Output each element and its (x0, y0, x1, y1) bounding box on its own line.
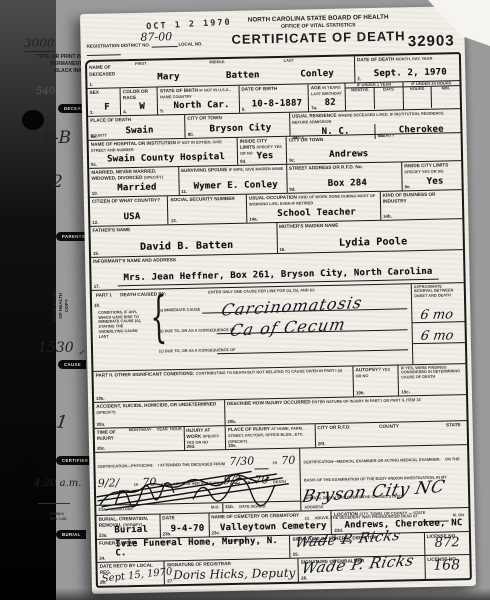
signature-label: SIGNATURE (110, 507, 133, 512)
item-no: 23a. (99, 533, 108, 538)
field-sex: SEX F 3. (88, 88, 121, 116)
field-funeral-home: FUNERAL HOME NAME ADDRESS Ivie Funeral H… (97, 536, 290, 562)
item-no: 7a. (311, 105, 317, 110)
field-burial-date: DATE 9-4-70 23b. (159, 514, 208, 538)
item-no: 19a. (96, 396, 105, 401)
me-cert-title: CERTIFICATION—MEDICAL EXAMINER OR ACTING… (303, 457, 440, 465)
field-state-of-birth: STATE OF BIRTH IF NOT IN U.S.A., NAME CO… (157, 86, 239, 115)
item-no: 20d. (187, 444, 196, 449)
ssn-value (177, 220, 244, 221)
field-certification-physician: CERTIFICATION—PHYSICIAN: I ATTENDED THE … (95, 449, 300, 515)
form-title: CERTIFICATE OF DEATH (228, 28, 408, 48)
informant-value: Mrs. Jean Heffner, Box 261, Bryson City,… (117, 267, 438, 287)
field-other-significant-conditions: PART II. OTHER SIGNIFICANT CONDITIONS: C… (93, 366, 353, 401)
marital-label-2: WIDOWED, DIVORCED (91, 175, 142, 181)
street-value: Box 284 (295, 178, 400, 189)
item-no: 14b. (383, 214, 392, 219)
field-under-24-hours: IF UNDER 24 HOURS HOURS MIN. (402, 81, 460, 109)
margin-note-1: 1 (55, 411, 69, 433)
field-interval: APPROXIMATE INTERVAL BETWEEN ONSET AND D… (411, 283, 466, 364)
field-place-of-death-county: PLACE OF DEATH COUNTY Swain 8a. (88, 115, 185, 140)
field-registrar-signature: SIGNATURE OF REGISTRAR Doris Hicks, Depu… (164, 559, 298, 585)
attended-to-year: 70 (142, 476, 156, 489)
attended-from-year: 70 (281, 454, 295, 467)
field-time-of-injury: TIME OF INJURY MONTH DAY YEAR HOUR 20c. (95, 427, 184, 452)
citizen-value: USA (98, 212, 166, 222)
middle-name-col: MIDDLE Batten (205, 58, 280, 86)
field-age: AGE IN YEARS LAST BIRTHDAY 82 7a. (308, 84, 346, 112)
burial-value: Burial (105, 526, 158, 536)
copy-designation: STATE BOARD OF HEALTH COPY (52, 290, 70, 323)
field-place-of-injury: PLACE OF INJURY AT HOME, FARM, STREET, F… (225, 424, 315, 449)
item-no: 16. (279, 247, 285, 252)
inside-city-value: Yes (246, 152, 284, 162)
res-city-value: Andrews (295, 148, 459, 160)
item-no: 25. (293, 552, 299, 557)
tab-burial: BURIAL (56, 530, 86, 539)
item-no: 1. (89, 82, 93, 87)
last-name-col: LAST Conley (280, 56, 355, 84)
citizen-label: CITIZEN OF WHAT COUNTRY? (90, 196, 168, 204)
marital-value: Married (98, 183, 177, 194)
scanned-death-certificate: 3000 TYPE, OR PRINT IN PERMANENT BLACK I… (0, 0, 490, 600)
location-sublabel: CITY, TOWN, OR COUNTY — STATE (359, 510, 425, 516)
pod-county-value: Swain (96, 126, 182, 137)
registrar-signature: Doris Hicks, Deputy (173, 567, 295, 582)
first-header: FIRST (135, 62, 147, 66)
month-header: MONTH (129, 428, 144, 441)
field-date-of-birth: DATE OF BIRTH 10-8-1887 6. (238, 84, 308, 112)
how-injury-label: DESCRIBE HOW INJURY OCCURRED (227, 399, 311, 406)
certificate-number: 32903 (408, 32, 455, 50)
certificate-form: NAME OF DECEASED FIRST Mary MIDDLE Batte… (85, 52, 472, 588)
age-value: 82 (317, 99, 343, 109)
last-saw-alive-text: AND LAST SAW HER ALIVE ON (161, 480, 219, 486)
interval-label: APPROXIMATE INTERVAL BETWEEN ONSET AND D… (412, 283, 464, 300)
certificate-page: OCT 1 2 1970 REGISTRATION DISTRICT NO. 8… (80, 6, 476, 594)
item-no: 12. (92, 220, 98, 225)
year-19-prefix: 19 (246, 480, 250, 485)
item-no: 19c. (401, 389, 410, 394)
spouse-label: SURVIVING SPOUSE (181, 167, 228, 173)
race-value: W (129, 103, 155, 113)
item-no: 27. (167, 578, 173, 583)
local-no-label: LOCAL NO. (178, 41, 202, 47)
industry-value (389, 215, 460, 216)
physician-attended-text: I ATTENDED THE DECEASED FROM (158, 461, 225, 467)
item-no: 28. (301, 575, 307, 580)
hospital-value: Swain County Hospital (97, 153, 235, 165)
field-place-of-death-city: CITY OR TOWN Bryson City 8b. (184, 113, 289, 138)
last-name-value: Conley (280, 69, 355, 80)
field-fathers-name: FATHER'S NAME David B. Batten 15. (90, 223, 276, 257)
father-value: David B. Batten (99, 240, 275, 254)
field-usual-residence: USUAL RESIDENCE WHERE DECEASED LIVED. IF… (289, 109, 461, 136)
field-marital-status: MARRIED, NEVER MARRIED, WIDOWED, DIVORCE… (89, 167, 178, 197)
item-no: 23b. (163, 531, 172, 536)
name-label-2: DECEASED (87, 70, 131, 78)
item-no: 8a. (90, 134, 96, 139)
dob-label: DATE OF BIRTH (239, 84, 308, 92)
cemetery-label: NAME OF CEMETERY OR CREMATORY (209, 511, 331, 520)
field-color-or-race: COLOR OR RACE W 4. (120, 87, 158, 115)
item-no: 20a. (97, 422, 106, 427)
field-injury-at-work: INJURY AT WORK SPECIFY YES OR NO 20d. (183, 426, 225, 450)
ssn-label: SOCIAL SECURITY NUMBER (168, 195, 246, 203)
item-no: 9c. (289, 158, 295, 163)
field-date-of-death: DATE OF DEATH MONTH, DAY, YEAR Sept. 2, … (354, 54, 460, 82)
item-no: 15. (93, 251, 99, 256)
field-date-received: DATE REC'D BY LOCAL REG. Sept 15, 1970 2… (97, 561, 164, 585)
field-accident-suicide-homicide: ACCIDENT, SUICIDE, HOMICIDE, OR UNDETERM… (94, 400, 224, 428)
last-alive-date: 9/2 (223, 474, 241, 487)
hours-header: HOURS (403, 87, 431, 92)
field-under-one-year: IF UNDER 1 YEAR MONTHS DAYS (345, 82, 403, 110)
place-of-death-group-label: PLACE OF DEATH (88, 115, 184, 124)
margin-note-2: 2 (52, 172, 63, 192)
item-no: 3. (90, 110, 94, 115)
location-label: LOCATION (334, 511, 358, 517)
industry-label: KIND OF BUSINESS OR INDUSTRY (381, 190, 462, 204)
county-header: COUNTY (364, 422, 413, 430)
spouse-value: Wymer E. Conley (187, 181, 284, 192)
race-label: COLOR OR RACE (121, 87, 157, 101)
margin-rule (38, 503, 70, 504)
field-injury-location: CITY OR R.F.D. COUNTY STATE 20f. (314, 421, 467, 447)
field-autopsy: AUTOPSY? YES OR NO 19b. (352, 366, 398, 397)
cemetery-value: Valleytown Cemetery (217, 522, 329, 533)
burial-date-label: DATE (160, 514, 208, 522)
item-no: 20b. (227, 419, 236, 424)
spouse-sublabel: IF WIFE, GIVE MAIDEN NAME (229, 166, 284, 172)
day-header: DAY (143, 428, 157, 441)
field-autopsy-findings: IF YES, WERE FINDINGS CONSIDERED IN DETE… (398, 364, 466, 395)
field-embalmer-signature: SIGNATURE OF EMBALMER Wade P. Ricks 28. (298, 556, 425, 582)
item-no: 8b. (188, 132, 194, 137)
item-no: 20e. (228, 443, 237, 448)
margin-note-540: 540 (36, 86, 55, 97)
autopsy-label: AUTOPSY? (355, 367, 381, 373)
how-injury-note: ENTER NATURE OF INJURY IN PART I OR PART… (312, 397, 421, 404)
months-header: MONTHS (346, 88, 374, 93)
pod-city-value: Bryson City (194, 124, 288, 135)
inside-city-value-2: Yes (410, 177, 459, 187)
accident-sublabel: (SPECIFY) (96, 409, 115, 414)
margin-check-mark: ✓ (78, 348, 85, 357)
year-19-prefix: 19 (134, 482, 138, 487)
field-cause-of-death: PART I. DEATH CAUSED BY: ENTER ONLY ONE … (92, 284, 413, 371)
item-no: 20c. (97, 446, 106, 451)
field-usual-occupation: USUAL OCCUPATION KIND OF WORK DONE DURIN… (246, 192, 380, 223)
other-conditions-note: CONTRIBUTING TO DEATH BUT NOT RELATED TO… (196, 368, 343, 376)
field-embalmer-license: LICENSE NO. 168 (424, 555, 470, 579)
item-no: 19b. (356, 390, 365, 395)
birth-state-value: North Car. (166, 101, 237, 111)
dod-value: Sept. 2, 1970 (363, 68, 457, 79)
item-no: 24. (99, 556, 105, 561)
registration-district-value: 87-00 (140, 31, 172, 43)
part1-label: PART I. (94, 291, 118, 298)
first-name-value: Mary (131, 72, 206, 83)
year-header: YEAR (157, 427, 171, 440)
field-ssn: SOCIAL SECURITY NUMBER 13. (167, 195, 246, 225)
field-hospital: NAME OF HOSPITAL OR INSTITUTION IF NOT I… (89, 138, 238, 168)
days-header: DAYS (375, 87, 403, 92)
part2-label: PART II. (95, 372, 113, 377)
middle-header: MIDDLE (209, 60, 224, 64)
item-no: 8c. (91, 162, 97, 167)
mother-value: Lydia Poole (285, 236, 461, 250)
birth-state-label: STATE OF BIRTH (160, 88, 198, 94)
margin-note-3000: 3000 (24, 36, 55, 52)
last-header: LAST (284, 59, 295, 63)
registration-district-line: REGISTRATION DISTRICT NO. 87-00 LOCAL NO… (87, 39, 227, 56)
field-surviving-spouse: SURVIVING SPOUSE IF WIFE, GIVE MAIDEN NA… (178, 165, 287, 195)
item-no: 2. (357, 76, 361, 81)
margin-note-1b: 1-B (42, 128, 71, 148)
item-no: 14a. (249, 216, 258, 221)
death-text: DEATH (273, 479, 286, 484)
attended-to-date: 9/2/ (98, 476, 120, 489)
form-header: NORTH CAROLINA STATE BOARD OF HEALTH OFF… (228, 13, 409, 48)
field-mothers-maiden-name: MOTHER'S MAIDEN NAME Lydia Poole 16. (276, 219, 463, 253)
form-revision-note: FORM 8 REV. 1-68 (50, 512, 66, 521)
field-residence-city: CITY OR TOWN Andrews 9c. (286, 133, 461, 164)
item-no: 11. (181, 189, 187, 194)
director-license-value: 872 (435, 536, 460, 550)
margin-note-time-of-death: 4:20 a.m. (34, 478, 81, 489)
sex-value: F (96, 103, 118, 112)
date-signed-label: DATE SIGNED (239, 504, 265, 509)
immediate-cause-label: (a) IMMEDIATE CAUSE (158, 308, 200, 313)
field-certification-medical-examiner: CERTIFICATION—MEDICAL EXAMINER OR ACTING… (299, 445, 468, 511)
state-header: STATE (413, 421, 466, 429)
item-no: 26. (100, 580, 106, 585)
findings-label: IF YES, WERE FINDINGS CONSIDERED IN DETE… (399, 364, 466, 381)
sex-label: SEX (88, 88, 120, 96)
address-label: ADDRESS (304, 505, 323, 510)
tab-cause: CAUSE (58, 360, 86, 369)
embalmer-license-value: 168 (433, 558, 460, 573)
dod-label: DATE OF DEATH (357, 57, 394, 63)
year-19-prefix: 19 (273, 460, 277, 465)
occupation-value: School Teacher (255, 208, 378, 220)
burial-date-value: 9-4-70 (168, 525, 206, 535)
md-label: M.D. (211, 505, 219, 510)
funeral-home-value: Ivie Funeral Home, Murphy, N. C. (105, 537, 288, 559)
time-of-injury-label: TIME OF INJURY (95, 428, 129, 441)
first-name-col: FIRST Mary (131, 59, 206, 87)
hour-header: HOUR (170, 427, 184, 440)
field-industry: KIND OF BUSINESS OR INDUSTRY 14b. (380, 190, 463, 220)
field-burial-cremation: BURIAL, CREMATION, REMOVAL (SPECIFY) Bur… (96, 515, 159, 539)
street-label: STREET ADDRESS OR R.F.D. No. (287, 162, 402, 171)
item-no: 17. (94, 284, 100, 289)
field-how-injury-occurred: DESCRIBE HOW INJURY OCCURRED ENTER NATUR… (224, 395, 467, 425)
accident-label: ACCIDENT, SUICIDE, HOMICIDE, OR UNDETERM… (96, 401, 216, 409)
min-header: MIN. (432, 86, 460, 91)
item-no: 20f. (318, 441, 326, 446)
item-no: 4. (123, 109, 127, 114)
item-no: 9d. (289, 187, 295, 192)
city-or-town-label: CITY OR TOWN (185, 113, 289, 122)
city-rfd-header: CITY OR R.F.D. (315, 423, 364, 431)
due-to-b-value: Ca of Cecum (229, 316, 348, 338)
item-no: 9e. (405, 184, 411, 189)
physician-cert-title: CERTIFICATION—PHYSICIAN: (97, 463, 153, 469)
item-no: 13. (171, 218, 177, 223)
item-no: 21b. (225, 504, 234, 509)
dod-sublabel: MONTH, DAY, YEAR (396, 56, 433, 62)
item-no: 5. (160, 108, 164, 113)
field-inside-city-limits-2: INSIDE CITY LIMITS SPECIFY YES OR NO Yes… (401, 161, 462, 190)
dob-value: 10-8-1887 (248, 99, 307, 109)
item-no: 10. (92, 191, 98, 196)
field-inside-city-limits: INSIDE CITY LIMITS SPECIFY YES OR NO Yes… (237, 137, 287, 165)
item-no: 21a. (98, 507, 107, 512)
ink-instruction: TYPE, OR PRINT IN PERMANENT BLACK INK (14, 54, 82, 74)
other-conditions-label: OTHER SIGNIFICANT CONDITIONS: (114, 371, 194, 378)
cause-note: ENTER ONLY ONE CAUSE PER LINE FOR (a), (… (208, 287, 315, 295)
scan-bottom-edge (0, 588, 490, 600)
attended-from-date: 7/30 (229, 455, 254, 469)
field-citizen-of: CITIZEN OF WHAT COUNTRY? USA 12. (90, 196, 168, 226)
field-street-address: STREET ADDRESS OR R.F.D. No. Box 284 9d. (286, 162, 402, 192)
age-label: AGE (311, 85, 321, 90)
margin-note-1530: 1530 (38, 340, 74, 356)
inside-city-sublabel: SPECIFY YES OR NO (404, 168, 443, 174)
hole-punch-top (22, 110, 44, 130)
field-director-license: LICENSE NO. 872 (424, 532, 470, 555)
item-no: 23c. (212, 530, 221, 535)
field-cemetery: NAME OF CEMETERY OR CREMATORY Valleytown… (208, 511, 331, 537)
item-no: 8d. (240, 159, 246, 164)
item-no: 6. (242, 107, 246, 112)
tab-certifier: CERTIFIER (56, 456, 93, 465)
marital-sublabel: (SPECIFY) (144, 174, 163, 179)
last-alive-year: 70 (254, 473, 268, 486)
middle-name-value: Batten (206, 71, 281, 82)
location-value: Andrews, Cherokee, NC (340, 519, 467, 531)
